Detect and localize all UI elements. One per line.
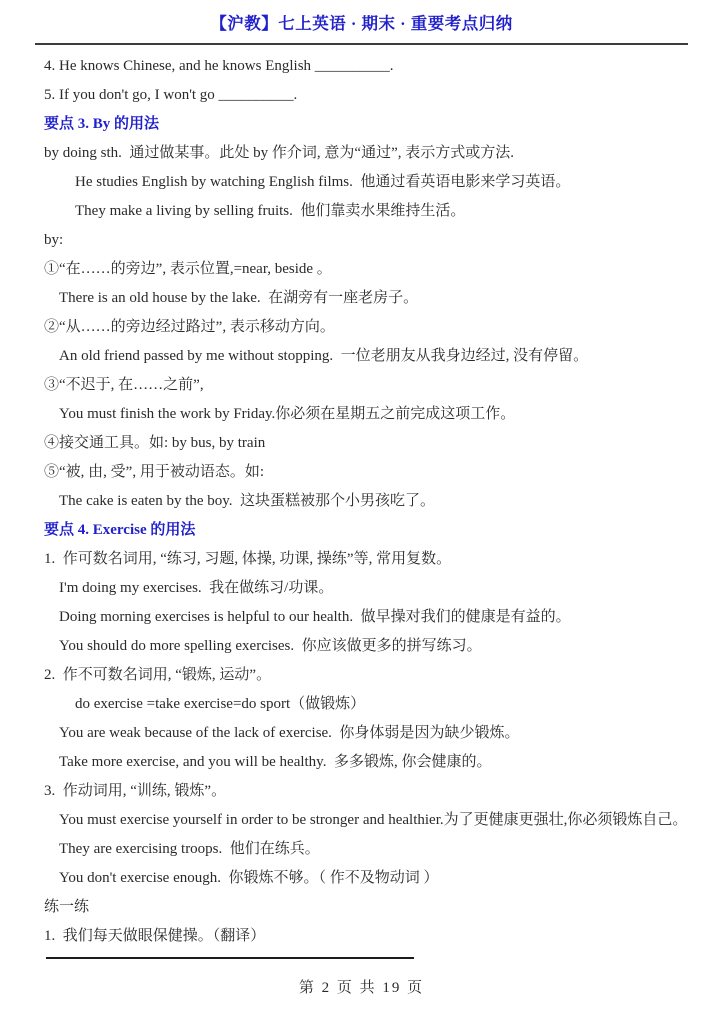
text-line: The cake is eaten by the boy. 这块蛋糕被那个小男孩… bbox=[44, 487, 713, 516]
text-line: Doing morning exercises is helpful to ou… bbox=[44, 603, 713, 632]
text-line: 2. 作不可数名词用, “锻炼, 运动”。 bbox=[44, 661, 713, 690]
text-line: ⑤“被, 由, 受”, 用于被动语态。如: bbox=[44, 458, 713, 487]
document-page: 【沪教】七上英语 · 期末 · 重要考点归纳 4. He knows Chine… bbox=[0, 0, 723, 1024]
text-line: You should do more spelling exercises. 你… bbox=[44, 632, 713, 661]
text-line: ④接交通工具。如: by bus, by train bbox=[44, 429, 713, 458]
page-number: 第 2 页 共 19 页 bbox=[0, 976, 723, 997]
text-line: You don't exercise enough. 你锻炼不够。（ 作不及物动… bbox=[44, 864, 713, 893]
text-line: They make a living by selling fruits. 他们… bbox=[44, 197, 713, 226]
text-line: Take more exercise, and you will be heal… bbox=[44, 748, 713, 777]
text-line: You must finish the work by Friday.你必须在星… bbox=[44, 400, 713, 429]
text-line: ①“在……的旁边”, 表示位置,=near, beside 。 bbox=[44, 255, 713, 284]
text-line: 1. 作可数名词用, “练习, 习题, 体操, 功课, 操练”等, 常用复数。 bbox=[44, 545, 713, 574]
text-line: by doing sth. 通过做某事。此处 by 作介词, 意为“通过”, 表… bbox=[44, 139, 713, 168]
text-line: 4. He knows Chinese, and he knows Englis… bbox=[44, 52, 713, 81]
answer-blank-line bbox=[46, 951, 414, 959]
section-heading: 要点 3. By 的用法 bbox=[44, 110, 713, 139]
text-line: He studies English by watching English f… bbox=[44, 168, 713, 197]
text-line: You are weak because of the lack of exer… bbox=[44, 719, 713, 748]
text-line: You must exercise yourself in order to b… bbox=[44, 806, 713, 835]
text-line: ②“从……的旁边经过路过”, 表示移动方向。 bbox=[44, 313, 713, 342]
text-line: 练一练 bbox=[44, 893, 713, 922]
text-line: An old friend passed by me without stopp… bbox=[44, 342, 713, 371]
text-line: do exercise =take exercise=do sport（做锻炼） bbox=[44, 690, 713, 719]
text-line: 1. 我们每天做眼保健操。（翻译） bbox=[44, 922, 713, 951]
text-line: They are exercising troops. 他们在练兵。 bbox=[44, 835, 713, 864]
text-line: 5. If you don't go, I won't go _________… bbox=[44, 81, 713, 110]
document-title: 【沪教】七上英语 · 期末 · 重要考点归纳 bbox=[0, 0, 723, 35]
text-line: ③“不迟于, 在……之前”, bbox=[44, 371, 713, 400]
text-line: There is an old house by the lake. 在湖旁有一… bbox=[44, 284, 713, 313]
section-heading: 要点 4. Exercise 的用法 bbox=[44, 516, 713, 545]
text-line: I'm doing my exercises. 我在做练习/功课。 bbox=[44, 574, 713, 603]
text-line: by: bbox=[44, 226, 713, 255]
document-body: 4. He knows Chinese, and he knows Englis… bbox=[0, 45, 723, 959]
text-line: 3. 作动词用, “训练, 锻炼”。 bbox=[44, 777, 713, 806]
